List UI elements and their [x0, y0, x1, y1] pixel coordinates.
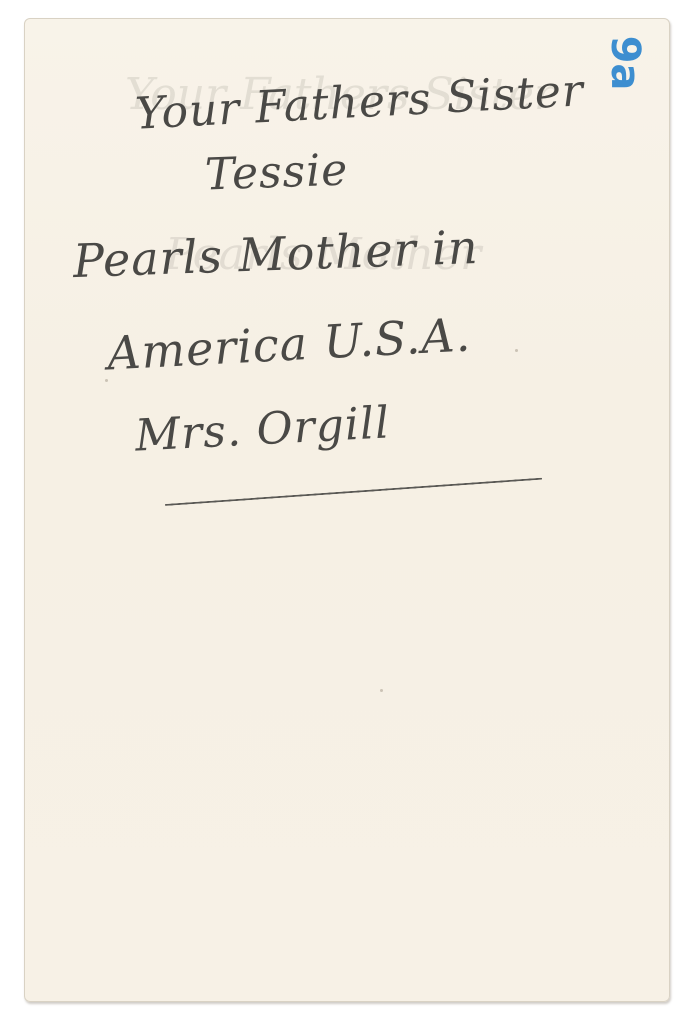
paper-speck — [105, 379, 108, 382]
blue-inventory-number: 9a — [602, 28, 648, 98]
paper-speck — [515, 349, 518, 352]
card-back: Your Fathers Sister Pearls Mother Your F… — [24, 18, 670, 1002]
handwritten-line-4: America U.S.A. — [106, 308, 472, 381]
handwritten-line-2: Tessie — [204, 145, 349, 201]
signature-underline — [165, 478, 542, 506]
paper-speck — [380, 689, 383, 692]
handwritten-line-5: Mrs. Orgill — [134, 397, 391, 461]
